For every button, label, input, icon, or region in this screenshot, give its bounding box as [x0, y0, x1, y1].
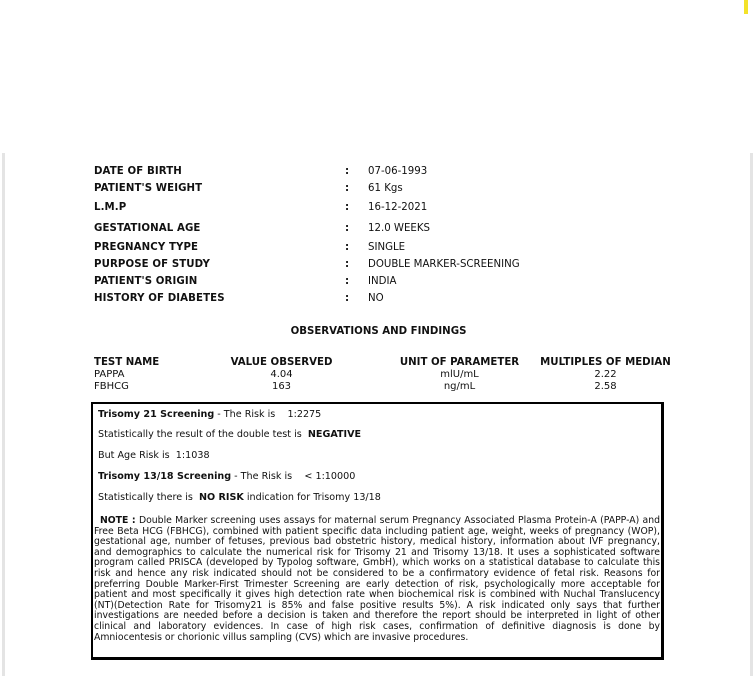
age-risk-text: But Age Risk is: [98, 450, 173, 461]
age-risk: 1:1038: [176, 450, 210, 461]
t21-risk: 1:2275: [288, 409, 322, 420]
info-colon: :: [345, 276, 368, 287]
info-value: DOUBLE MARKER-SCREENING: [368, 259, 554, 270]
table-row: PAPPA 4.04 mlU/mL 2.22: [94, 369, 674, 381]
cell-mom: 2.22: [537, 369, 674, 381]
page-edge-left: [2, 153, 5, 676]
header-test-name: TEST NAME: [94, 356, 199, 369]
t21-result: NEGATIVE: [308, 429, 361, 440]
info-row-lmp: L.M.P : 16-12-2021: [94, 197, 554, 218]
info-label: L.M.P: [94, 202, 345, 213]
t13-result-line: Statistically there is NO RISK indicatio…: [98, 492, 381, 503]
info-row-dob: DATE OF BIRTH : 07-06-1993: [94, 163, 554, 180]
age-risk-line: But Age Risk is 1:1038: [98, 450, 210, 461]
header-value-observed: VALUE OBSERVED: [199, 356, 364, 369]
t21-label: Trisomy 21 Screening: [98, 409, 214, 420]
disclaimer-note: NOTE : Double Marker screening uses assa…: [94, 516, 660, 643]
info-colon: :: [345, 293, 368, 304]
t13-screening-line: Trisomy 13/18 Screening - The Risk is < …: [98, 471, 355, 482]
patient-info: DATE OF BIRTH : 07-06-1993 PATIENT'S WEI…: [94, 163, 554, 307]
info-row-diabetes: HISTORY OF DIABETES : NO: [94, 290, 554, 307]
info-value: 12.0 WEEKS: [368, 223, 554, 234]
info-label: PREGNANCY TYPE: [94, 242, 345, 253]
screening-result-box: Trisomy 21 Screening - The Risk is 1:227…: [91, 402, 664, 660]
info-label: PATIENT'S WEIGHT: [94, 183, 345, 194]
cell-value: 4.04: [199, 369, 364, 381]
info-colon: :: [345, 259, 368, 270]
note-text: Double Marker screening uses assays for …: [94, 515, 660, 643]
t13-label: Trisomy 13/18 Screening: [98, 471, 231, 482]
info-label: DATE OF BIRTH: [94, 166, 345, 177]
info-label: GESTATIONAL AGE: [94, 223, 345, 234]
info-row-weight: PATIENT'S WEIGHT : 61 Kgs: [94, 180, 554, 197]
section-title: OBSERVATIONS AND FINDINGS: [0, 326, 755, 337]
t13-result-post: indication for Trisomy 13/18: [244, 492, 381, 503]
info-colon: :: [345, 242, 368, 253]
info-value: SINGLE: [368, 242, 554, 253]
results-table: TEST NAME VALUE OBSERVED UNIT OF PARAMET…: [94, 356, 674, 392]
t21-result-line: Statistically the result of the double t…: [98, 429, 361, 440]
header-mom: MULTIPLES OF MEDIAN: [537, 356, 674, 369]
info-colon: :: [345, 166, 368, 177]
cell-unit: mlU/mL: [364, 369, 537, 381]
info-label: PATIENT'S ORIGIN: [94, 276, 345, 287]
t13-result-pre: Statistically there is: [98, 492, 196, 503]
info-value: INDIA: [368, 276, 554, 287]
header-unit: UNIT OF PARAMETER: [364, 356, 537, 369]
highlight-marker: [744, 0, 748, 14]
info-row-origin: PATIENT'S ORIGIN : INDIA: [94, 273, 554, 290]
info-value: 07-06-1993: [368, 166, 554, 177]
t21-text: - The Risk is: [214, 409, 278, 420]
table-header: TEST NAME VALUE OBSERVED UNIT OF PARAMET…: [94, 356, 674, 369]
info-colon: :: [345, 223, 368, 234]
info-row-pregnancy-type: PREGNANCY TYPE : SINGLE: [94, 239, 554, 256]
t21-result-text: Statistically the result of the double t…: [98, 429, 305, 440]
observations-title: OBSERVATIONS AND FINDINGS: [291, 326, 467, 337]
cell-test-name: FBHCG: [94, 381, 199, 393]
info-value: 16-12-2021: [368, 202, 554, 213]
page-edge-right: [750, 153, 753, 676]
cell-test-name: PAPPA: [94, 369, 199, 381]
info-value: NO: [368, 293, 554, 304]
t13-text: - The Risk is: [231, 471, 295, 482]
info-value: 61 Kgs: [368, 183, 554, 194]
t13-result: NO RISK: [199, 492, 244, 503]
cell-mom: 2.58: [537, 381, 674, 393]
info-row-purpose: PURPOSE OF STUDY : DOUBLE MARKER-SCREENI…: [94, 256, 554, 273]
info-colon: :: [345, 202, 368, 213]
info-colon: :: [345, 183, 368, 194]
cell-unit: ng/mL: [364, 381, 537, 393]
info-row-gestational-age: GESTATIONAL AGE : 12.0 WEEKS: [94, 218, 554, 239]
cell-value: 163: [199, 381, 364, 393]
info-label: HISTORY OF DIABETES: [94, 293, 345, 304]
table-row: FBHCG 163 ng/mL 2.58: [94, 381, 674, 393]
info-label: PURPOSE OF STUDY: [94, 259, 345, 270]
note-label: NOTE :: [94, 515, 136, 526]
t21-screening-line: Trisomy 21 Screening - The Risk is 1:227…: [98, 409, 321, 420]
t13-risk: < 1:10000: [304, 471, 355, 482]
